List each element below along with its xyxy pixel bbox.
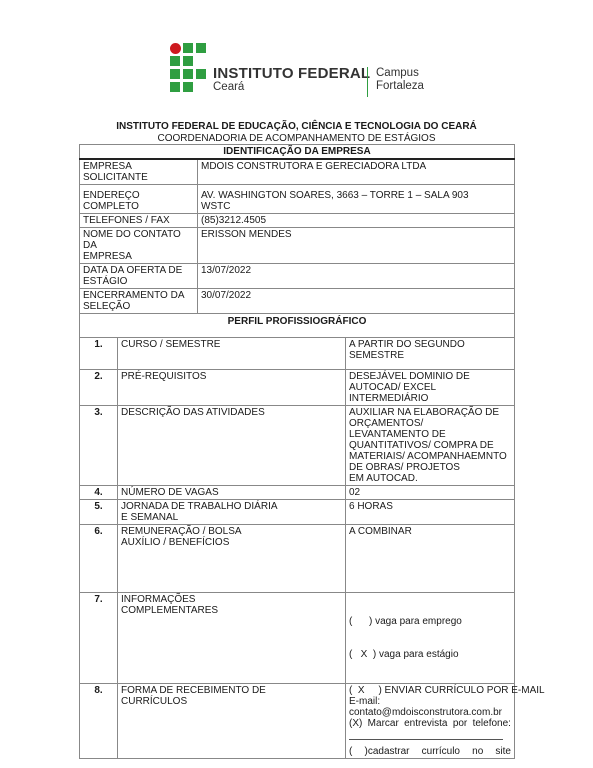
resume-method-value: ( X ) ENVIAR CURRÍCULO POR E-MAIL E-mail… [346, 684, 515, 759]
offer-date-label: DATA DA OFERTA DEESTÁGIO [80, 264, 198, 289]
logo-subtitle: Ceará [213, 81, 244, 93]
row-number: 7. [80, 593, 118, 684]
closing-date-label: ENCERRAMENTO DASELEÇÃO [80, 289, 198, 314]
contact-label: NOME DO CONTATO DAEMPRESA [80, 228, 198, 264]
course-label: CURSO / SEMESTRE [118, 338, 346, 370]
institution-heading: INSTITUTO FEDERAL DE EDUCAÇÃO, CIÊNCIA E… [0, 121, 593, 132]
phone-interview-option[interactable]: (X) Marcar entrevista por telefone: [349, 718, 511, 729]
form-table: IDENTIFICAÇÃO DA EMPRESA EMPRESA SOLICIT… [79, 144, 515, 759]
additional-info-label: INFORMAÇÕESCOMPLEMENTARES [118, 593, 346, 684]
workload-label: JORNADA DE TRABALHO DIÁRIAE SEMANAL [118, 500, 346, 525]
offer-date-value: 13/07/2022 [198, 264, 515, 289]
row-number: 8. [80, 684, 118, 759]
site-register-option[interactable]: ( )cadastrar currículo no site [349, 746, 511, 757]
row-number: 3. [80, 406, 118, 486]
compensation-label: REMUNERAÇÃO / BOLSAAUXÍLIO / BENEFÍCIOS [118, 525, 346, 593]
contact-email: E-mail: contato@mdoisconstrutora.com.br [349, 696, 511, 718]
activities-value: AUXILIAR NA ELABORAÇÃO DE ORÇAMENTOS/ LE… [346, 406, 515, 486]
row-number: 6. [80, 525, 118, 593]
logo-divider [367, 67, 368, 97]
address-label: ENDEREÇO COMPLETO [80, 185, 198, 214]
prerequisites-label: PRÉ-REQUISITOS [118, 370, 346, 406]
logo-campus: Campus Fortaleza [376, 67, 424, 93]
phone-value: (85)3212.4505 [198, 214, 515, 228]
company-value: MDOIS CONSTRUTORA E GERECIADORA LTDA [198, 159, 515, 185]
logo-mark-icon [170, 43, 210, 95]
email-checkbox-option[interactable]: ( X ) ENVIAR CURRÍCULO POR E-MAIL [349, 685, 511, 696]
row-number: 5. [80, 500, 118, 525]
course-value: A PARTIR DO SEGUNDO SEMESTRE [346, 338, 515, 370]
row-number: 1. [80, 338, 118, 370]
activities-label: DESCRIÇÃO DAS ATIVIDADES [118, 406, 346, 486]
employment-checkbox-option[interactable]: ( ) vaga para emprego [349, 616, 511, 627]
row-number: 2. [80, 370, 118, 406]
logo-title: INSTITUTO FEDERAL [213, 65, 370, 82]
phone-blank-line [349, 729, 503, 740]
company-section-title: IDENTIFICAÇÃO DA EMPRESA [80, 145, 515, 160]
department-heading: COORDENADORIA DE ACOMPANHAMENTO DE ESTÁG… [0, 133, 593, 144]
address-value: AV. WASHINGTON SOARES, 3663 – TORRE 1 – … [198, 185, 515, 214]
internship-checkbox-option[interactable]: ( X ) vaga para estágio [349, 649, 511, 660]
additional-info-value: ( ) vaga para emprego ( X ) vaga para es… [346, 593, 515, 684]
phone-label: TELEFONES / FAX [80, 214, 198, 228]
workload-value: 6 HORAS [346, 500, 515, 525]
contact-value: ERISSON MENDES [198, 228, 515, 264]
closing-date-value: 30/07/2022 [198, 289, 515, 314]
vacancies-value: 02 [346, 486, 515, 500]
ifce-logo: INSTITUTO FEDERAL Ceará Campus Fortaleza [170, 43, 430, 95]
compensation-value: A COMBINAR [346, 525, 515, 593]
resume-method-label: FORMA DE RECEBIMENTO DECURRÍCULOS [118, 684, 346, 759]
company-label: EMPRESA SOLICITANTE [80, 159, 198, 185]
profile-section-title: PERFIL PROFISSIOGRÁFICO [80, 314, 515, 338]
vacancies-label: NÚMERO DE VAGAS [118, 486, 346, 500]
row-number: 4. [80, 486, 118, 500]
prerequisites-value: DESEJÁVEL DOMINIO DE AUTOCAD/ EXCELINTER… [346, 370, 515, 406]
